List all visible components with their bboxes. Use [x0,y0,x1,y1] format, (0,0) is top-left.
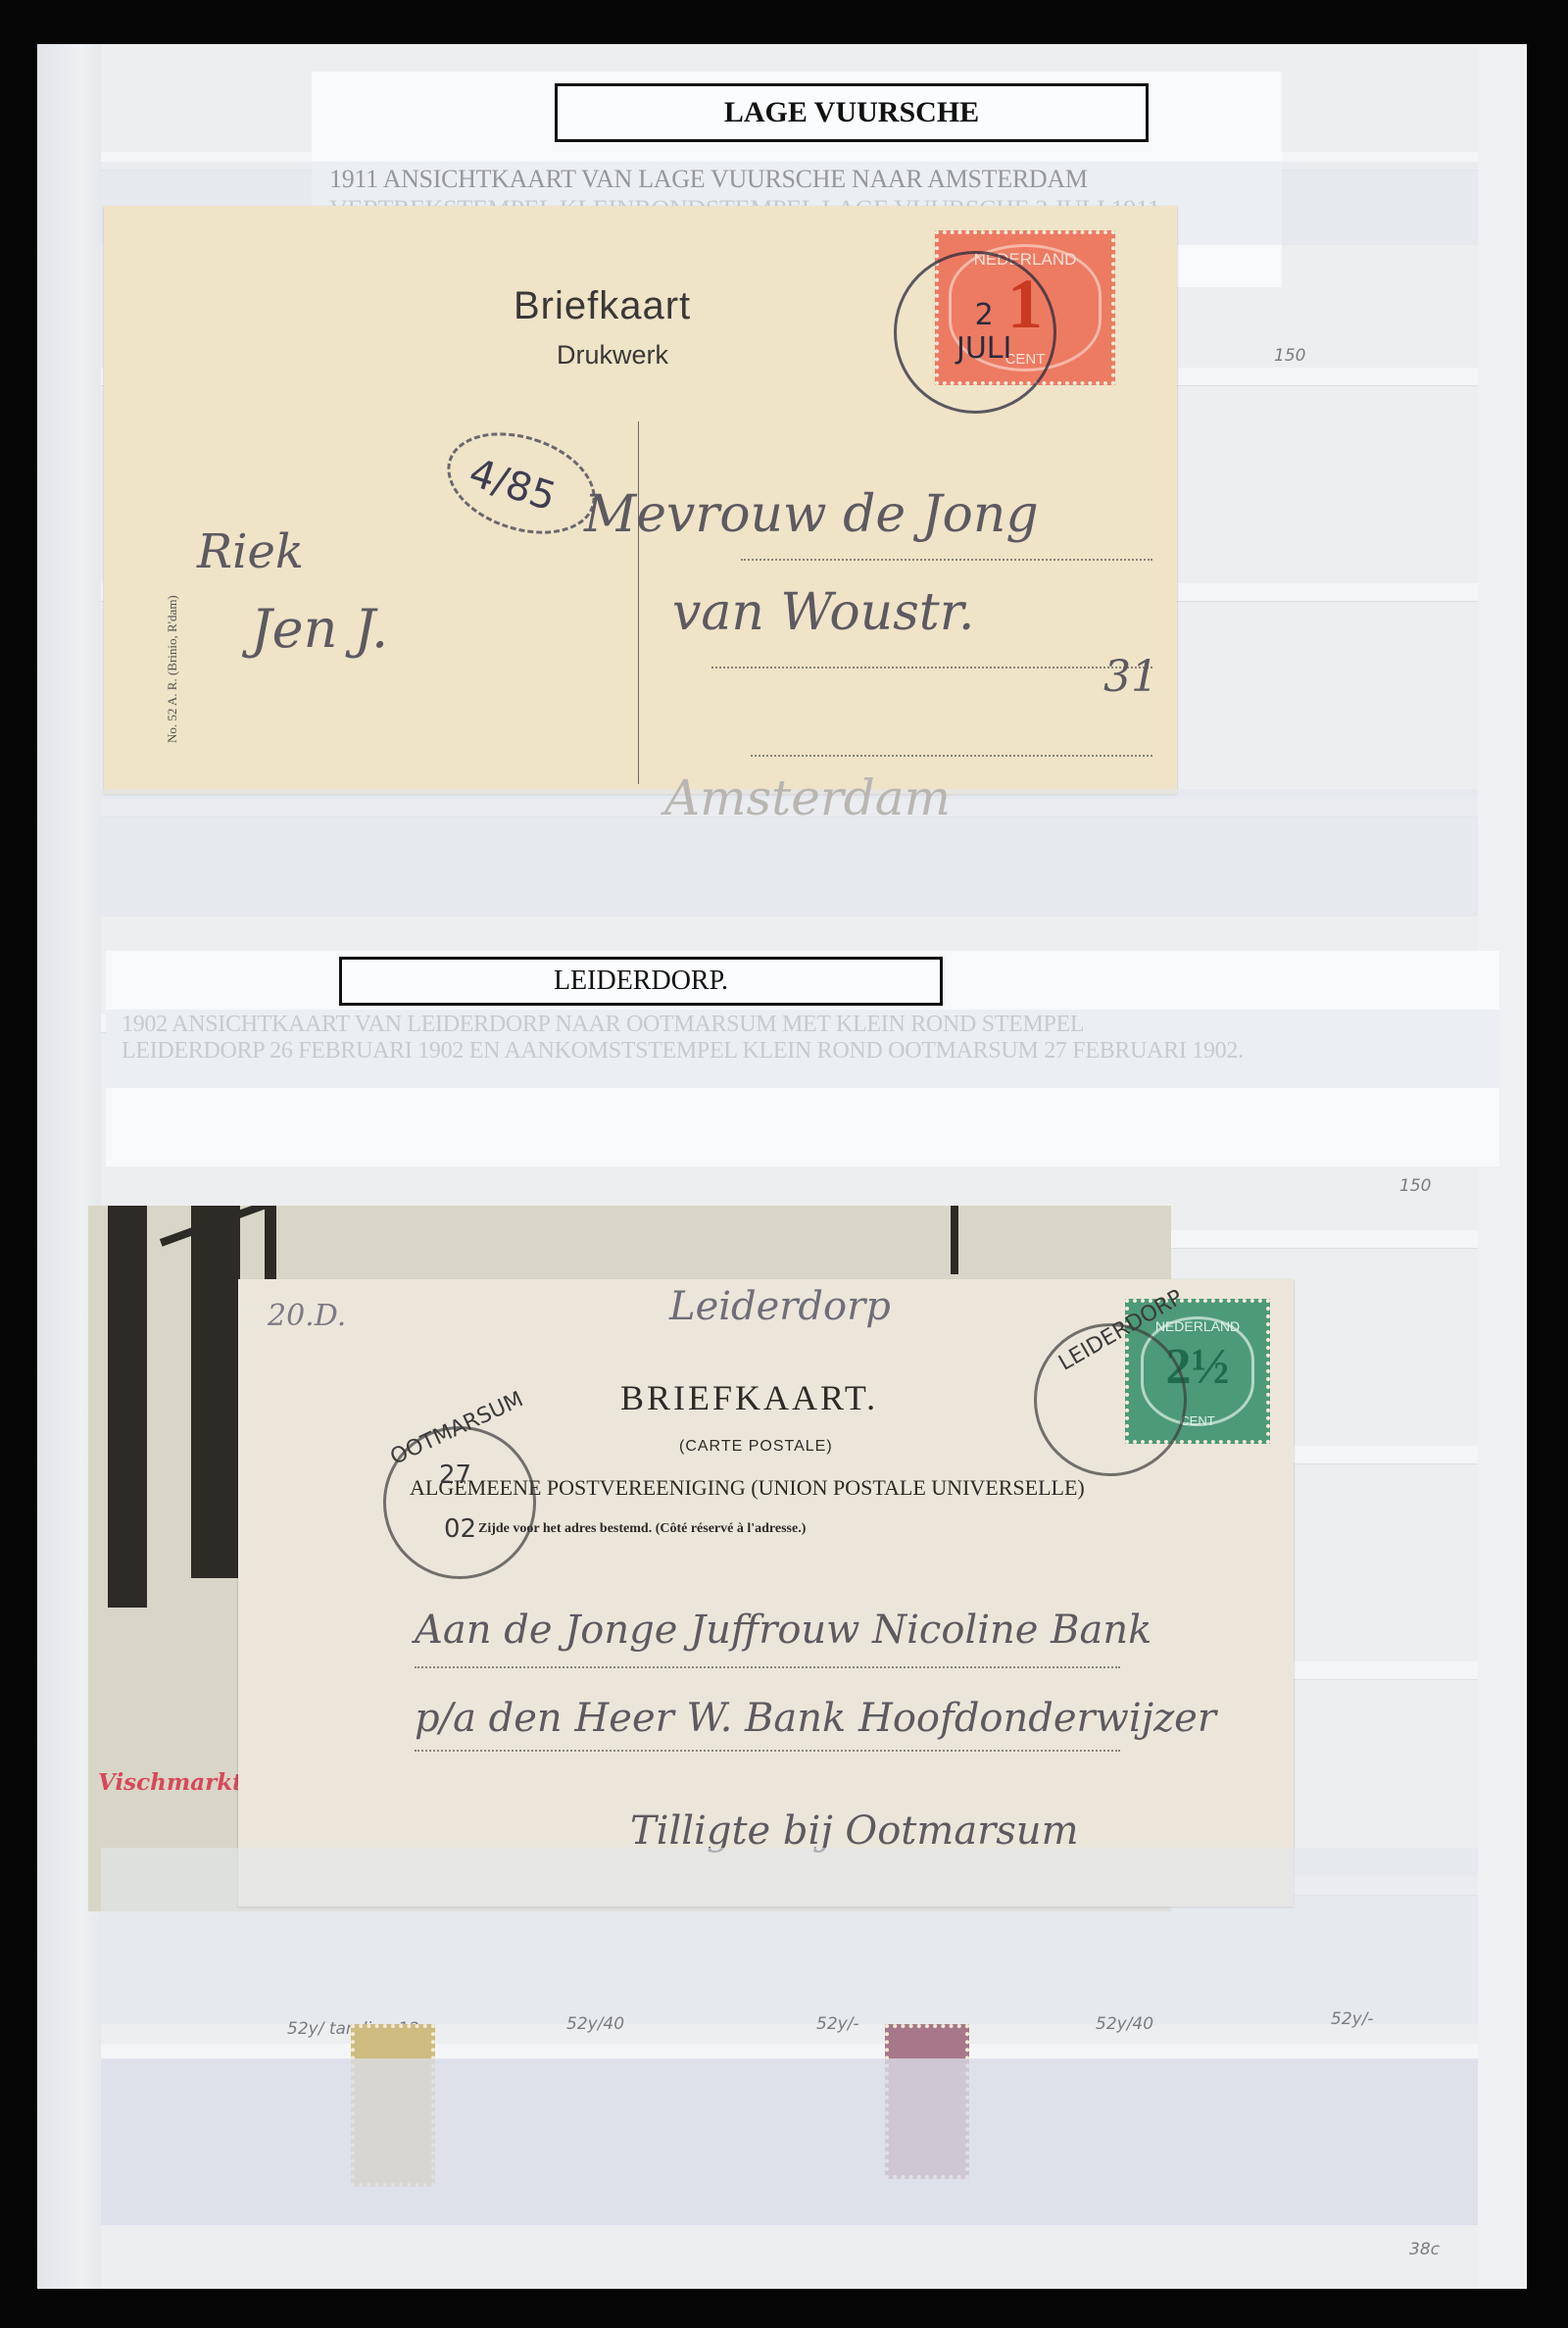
page-edge [1478,44,1527,2289]
album-binding [37,44,101,2289]
section-heading: LEIDERDORP. [339,957,943,1006]
catalog-note: 52y/40 [566,2014,624,2034]
handwriting-sender: Jen J. [251,598,388,660]
address-line: 31 [1103,652,1158,702]
card-divider [638,421,639,784]
glassine-strip [106,1010,1499,1088]
picture-caption: Vischmarkt [98,1769,243,1796]
tree-illustration [108,1206,147,1608]
catalog-note: 52y/- [816,2014,859,2034]
postcard-lage-vuursche: Briefkaart Drukwerk No. 52 A. R. (Brinio… [104,206,1177,794]
section-heading: LAGE VUURSCHE [555,83,1149,142]
address-dotted-line [711,667,1152,669]
card-title: Briefkaart [514,284,691,328]
address-dotted-line [415,1750,1120,1752]
address-dotted-line [741,559,1152,561]
printer-imprint: No. 52 A. R. (Brinio, R'dam) [165,527,180,743]
catalog-note: 52y/40 [1096,2014,1153,2034]
handwriting-sender: Riek [197,524,304,579]
address-dotted-line [415,1666,1120,1668]
tree-illustration [191,1206,240,1578]
handwriting-place: Leiderdorp [669,1284,891,1329]
price-note: 150 [1274,346,1305,366]
glassine-strip [101,2058,1478,2225]
address-line: van Woustr. [672,583,974,642]
address-line-obscured: Amsterdam [664,769,951,826]
glassine-strip [101,1848,1478,2024]
postmark-day: 27 [439,1461,471,1490]
card-subtitle: Drukwerk [557,340,668,371]
postmark-date: 2 JULI [956,299,1011,366]
page-number-note: 38c [1409,2240,1440,2259]
address-dotted-line [751,755,1152,757]
album-page: LAGE VUURSCHE 1911 ANSICHTKAART VAN LAGE… [37,44,1527,2289]
price-note: 150 [1399,1176,1431,1196]
address-line: p/a den Heer W. Bank Hoofdonderwijzer [415,1696,1216,1741]
catalog-note: 52y/- [1331,2009,1374,2029]
address-line: Mevrouw de Jong [584,485,1039,544]
postcard-leiderdorp: 20.D. Leiderdorp BRIEFKAART. (CARTE POST… [238,1279,1294,1907]
address-line: Aan de Jonge Juffrouw Nicoline Bank [415,1608,1151,1653]
postmark-year: 02 [444,1514,476,1544]
card-subtitle: (CARTE POSTALE) [679,1438,833,1456]
handwriting-corner: 20.D. [268,1299,346,1333]
card-title: BRIEFKAART. [620,1377,878,1418]
